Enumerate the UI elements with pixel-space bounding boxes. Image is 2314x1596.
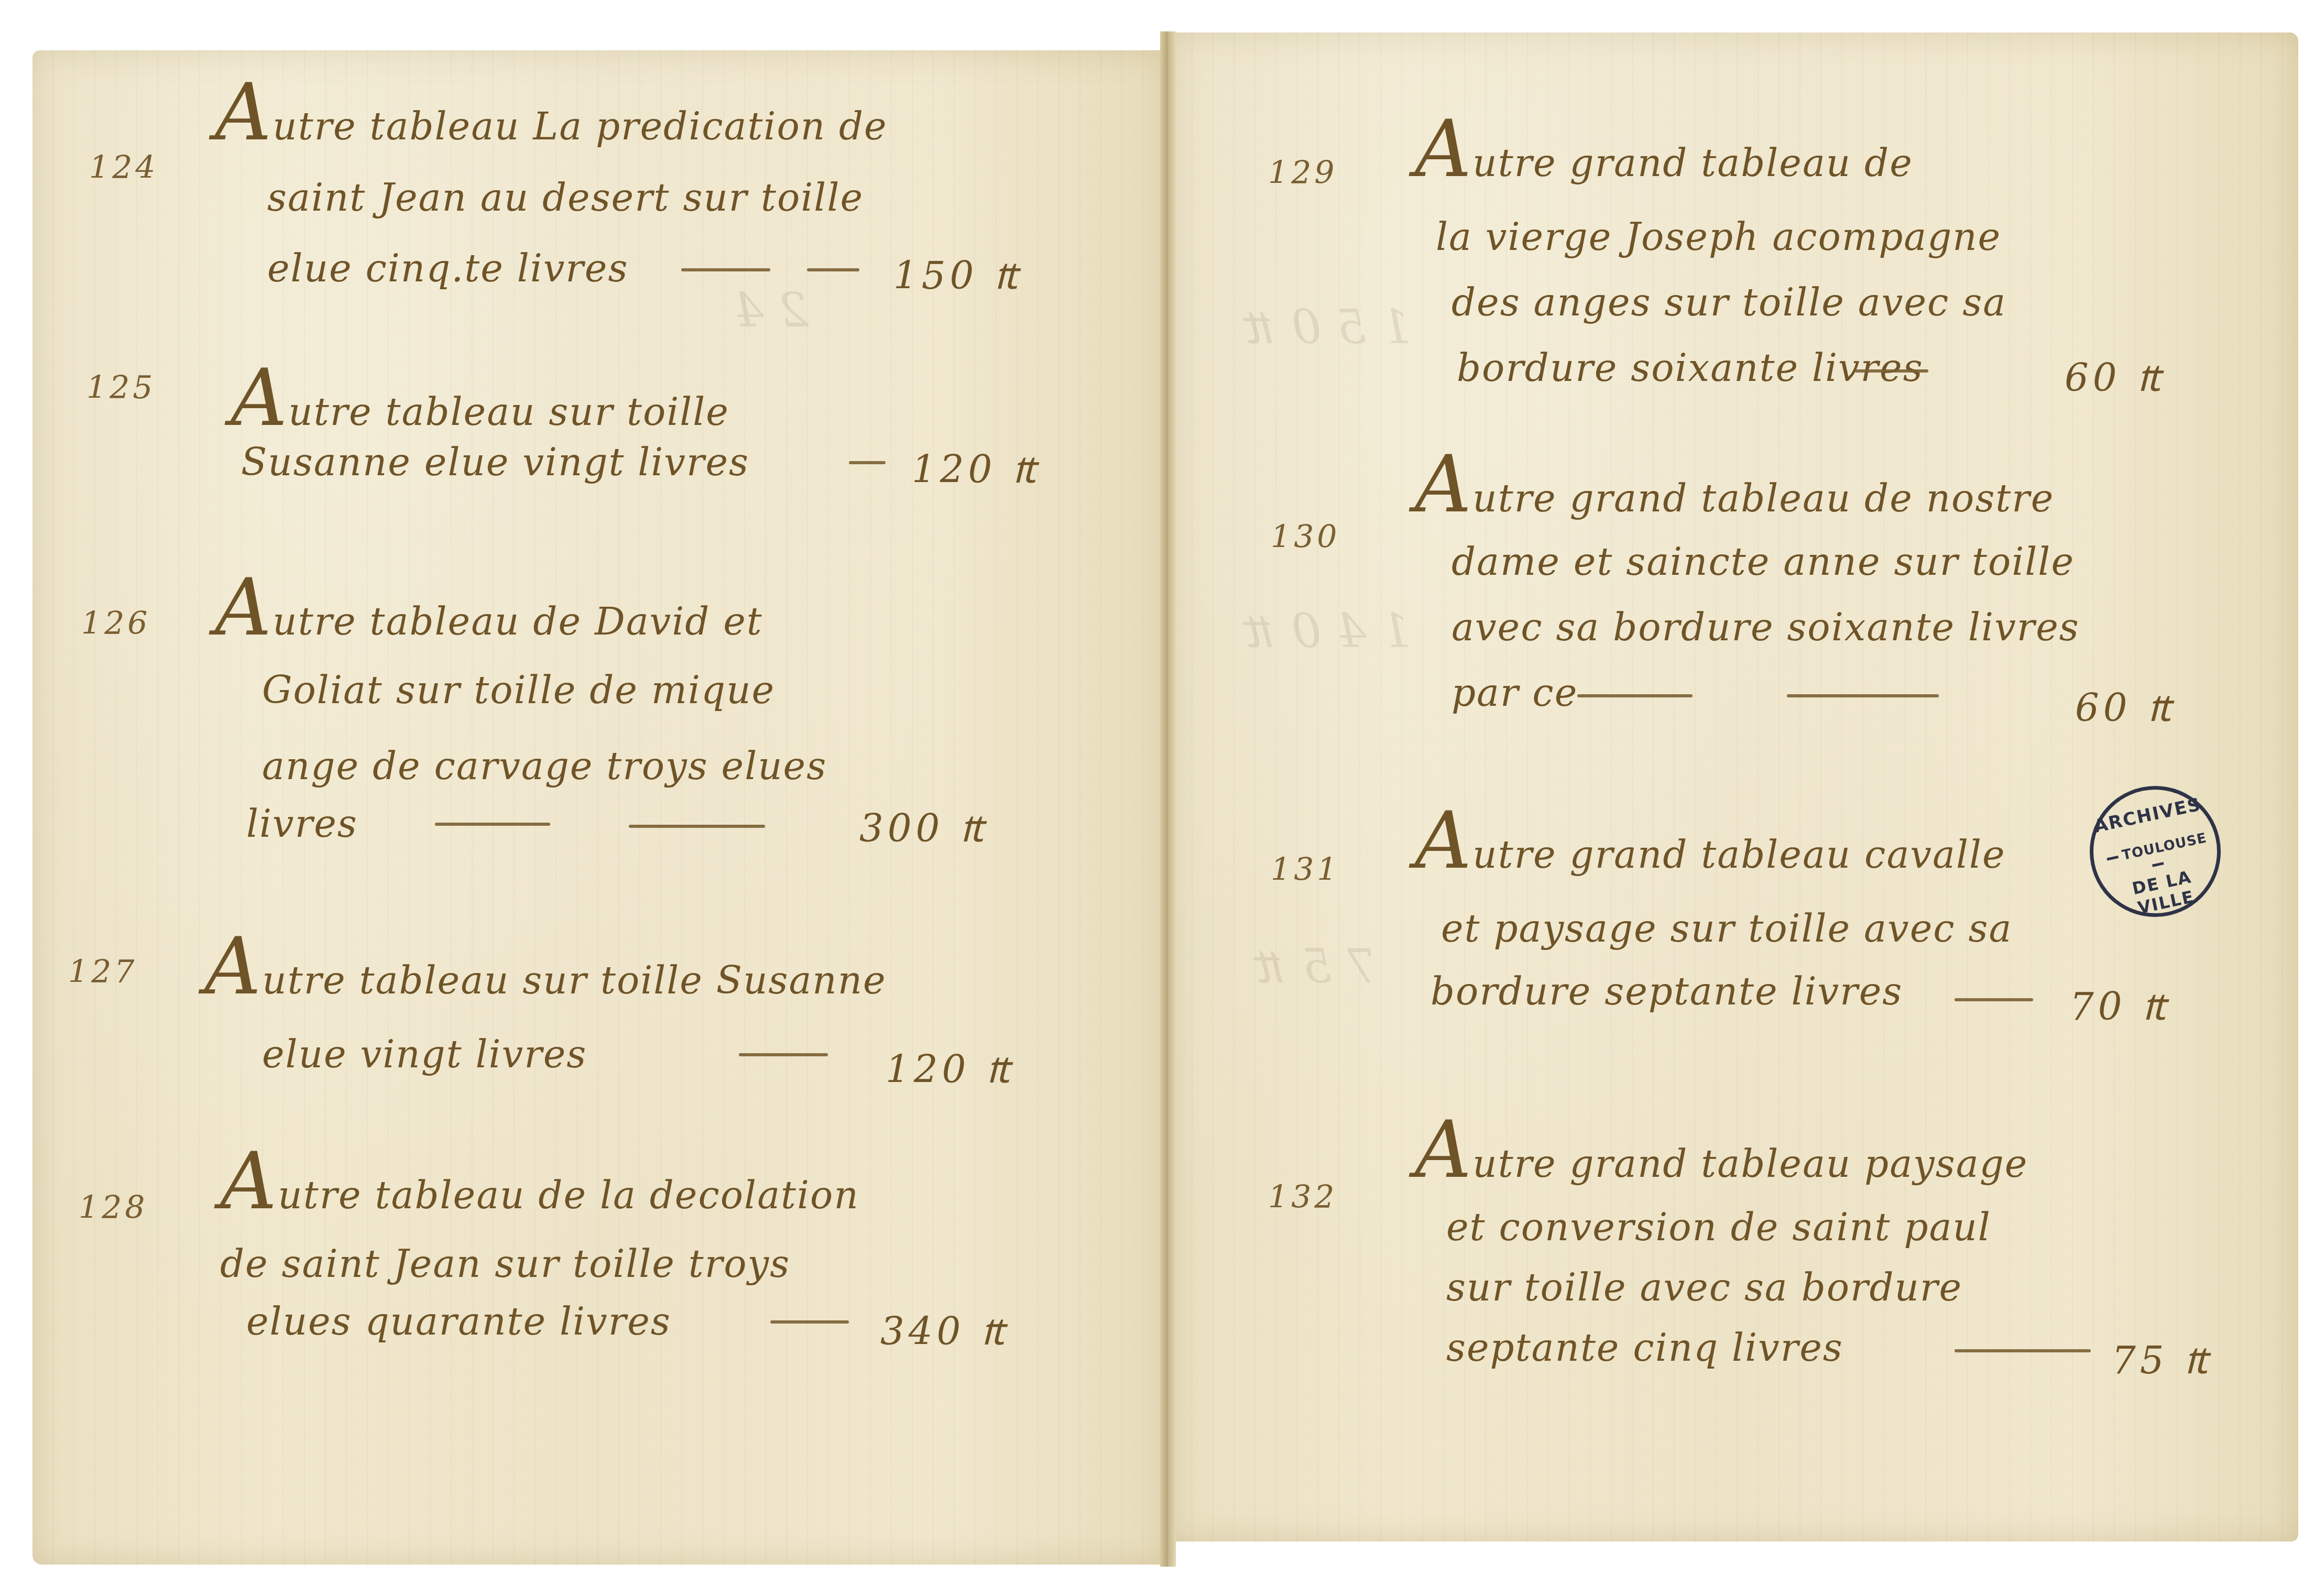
leader-dash bbox=[770, 1320, 849, 1324]
entry-line: elue cinq.te livres bbox=[267, 246, 628, 290]
entry-line: ange de carvage troys elues bbox=[262, 744, 827, 788]
leader-dash bbox=[1955, 998, 2033, 1001]
entry-line: livres bbox=[246, 802, 358, 846]
bleed-through-text: 7 5 ₶ bbox=[1258, 933, 1377, 997]
leader-dash bbox=[629, 825, 765, 828]
entry-number: 126 bbox=[81, 605, 151, 642]
leader-dash bbox=[1577, 694, 1693, 697]
entry-price: 75 ₶ bbox=[2112, 1333, 2212, 1385]
entry-line: Susanne elue vingt livres bbox=[241, 440, 749, 484]
entry-line: Autre grand tableau de nostre bbox=[1415, 461, 2054, 520]
leader-dash bbox=[1855, 369, 1928, 373]
entry-line: sur toille avec sa bordure bbox=[1446, 1265, 1962, 1309]
entry-line: Autre grand tableau cavalle bbox=[1415, 817, 2006, 877]
entry-line: septante cinq livres bbox=[1446, 1326, 1843, 1370]
entry-line: et paysage sur toille avec sa bbox=[1441, 906, 2012, 950]
entry-number: 125 bbox=[86, 369, 156, 406]
entry-price: 150 ₶ bbox=[893, 249, 1022, 300]
entry-price: 120 ₶ bbox=[886, 1043, 1014, 1094]
entry-line: par ce bbox=[1451, 671, 1578, 715]
leader-dash bbox=[1955, 1349, 2091, 1352]
entry-number: 124 bbox=[89, 149, 159, 186]
bleed-through-text: 1 5 0 ₶ bbox=[1247, 293, 1412, 357]
entry-line: Autre tableau La predication de bbox=[215, 89, 888, 148]
entry-line: elues quarante livres bbox=[246, 1299, 671, 1343]
entry-line: des anges sur toille avec sa bbox=[1451, 280, 2006, 324]
entry-line: et conversion de saint paul bbox=[1446, 1205, 1991, 1249]
entry-line: la vierge Joseph acompagne bbox=[1436, 215, 2001, 259]
leader-dash bbox=[807, 268, 859, 271]
entry-line: Autre tableau sur toille bbox=[231, 375, 729, 434]
entry-price: 120 ₶ bbox=[912, 443, 1040, 494]
entry-line: Autre tableau sur toille Susanne bbox=[204, 943, 887, 1002]
entry-line: Autre grand tableau de bbox=[1415, 126, 1913, 185]
entry-line: bordure soixante livres bbox=[1457, 346, 1924, 390]
bleed-through-text: 2 4 bbox=[734, 283, 809, 338]
entry-number: 127 bbox=[68, 954, 138, 990]
leader-dash bbox=[739, 1053, 828, 1056]
entry-price: 60 ₶ bbox=[2075, 681, 2175, 733]
entry-line: Autre tableau de David et bbox=[215, 584, 763, 643]
entry-line: avec sa bordure soixante livres bbox=[1451, 605, 2080, 649]
bleed-through-text: 1 4 0 ₶ bbox=[1247, 597, 1412, 661]
entry-price: 70 ₶ bbox=[2070, 980, 2170, 1031]
leader-dash bbox=[1787, 694, 1939, 697]
entry-number: 130 bbox=[1271, 519, 1340, 555]
leader-dash bbox=[849, 461, 886, 464]
entry-price: 60 ₶ bbox=[2065, 351, 2165, 402]
leader-dash bbox=[681, 268, 770, 271]
entry-line: saint Jean au desert sur toille bbox=[267, 176, 864, 220]
entry-line: Goliat sur toille de mique bbox=[262, 668, 775, 712]
entry-line: bordure septante livres bbox=[1431, 969, 1903, 1013]
entry-price: 340 ₶ bbox=[880, 1305, 1009, 1356]
entry-line: de saint Jean sur toille troys bbox=[220, 1242, 790, 1286]
entry-number: 129 bbox=[1268, 155, 1338, 191]
entry-number: 131 bbox=[1271, 851, 1340, 888]
leader-dash bbox=[435, 823, 550, 826]
entry-number: 128 bbox=[79, 1189, 148, 1226]
manuscript-spread: 1 5 0 ₶ 1 4 0 ₶ 7 5 ₶ 2 4 124 Autre tabl… bbox=[0, 0, 2314, 1596]
entry-price: 300 ₶ bbox=[859, 802, 988, 853]
right-page bbox=[1172, 32, 2298, 1542]
book-spine bbox=[1160, 31, 1176, 1567]
entry-line: dame et saincte anne sur toille bbox=[1451, 540, 2075, 584]
entry-line: Autre grand tableau paysage bbox=[1415, 1127, 2028, 1186]
entry-line: Autre tableau de la decolation bbox=[220, 1158, 859, 1217]
entry-line: elue vingt livres bbox=[262, 1032, 587, 1076]
entry-number: 132 bbox=[1268, 1179, 1338, 1216]
